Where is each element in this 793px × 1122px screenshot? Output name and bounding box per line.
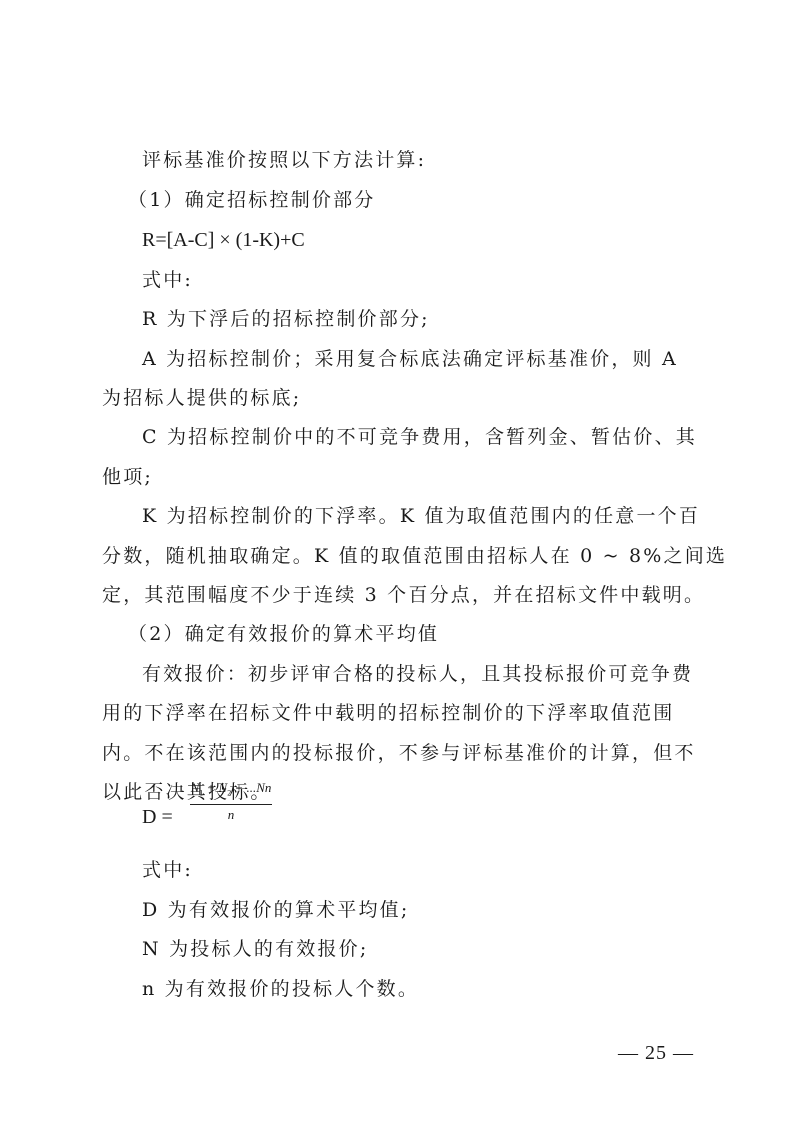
formula-d-fraction: N1 + N2 + ...Nn n — [190, 780, 272, 823]
fraction-denominator: n — [190, 805, 272, 823]
text-line: K 为招标控制价的下浮率。K 值为取值范围内的任意一个百 — [142, 504, 700, 528]
text-line: 式中: — [142, 268, 193, 292]
text-line: 用的下浮率在招标文件中载明的招标控制价的下浮率取值范围 — [102, 701, 674, 725]
text-line: D 为有效报价的算术平均值; — [142, 898, 409, 922]
document-page: 评标基准价按照以下方法计算:（1）确定招标控制价部分R=[A-C] × (1-K… — [0, 0, 793, 1122]
text-line: 为招标人提供的标底; — [102, 386, 301, 410]
text-line: 评标基准价按照以下方法计算: — [142, 148, 426, 172]
text-line: 式中: — [142, 858, 193, 882]
text-line: （1）确定招标控制价部分 — [128, 188, 376, 212]
text-line: （2）确定有效报价的算术平均值 — [128, 622, 439, 646]
formula-r: R=[A-C] × (1-K)+C — [142, 228, 305, 252]
formula-d-lhs: D = — [142, 806, 173, 829]
text-line: 分数，随机抽取确定。K 值的取值范围由招标人在 0 ~ 8%之间选 — [102, 544, 727, 568]
text-line: 内。不在该范围内的投标报价，不参与评标基准价的计算，但不 — [102, 741, 696, 765]
text-line: A 为招标控制价；采用复合标底法确定评标基准价，则 A — [142, 347, 678, 371]
text-line: 定，其范围幅度不少于连续 3 个百分点，并在招标文件中载明。 — [102, 583, 705, 607]
text-line: 有效报价：初步评审合格的投标人，且其投标报价可竞争费 — [142, 662, 693, 686]
page-number: — 25 — — [618, 1042, 694, 1065]
text-line: C 为招标控制价中的不可竞争费用，含暂列金、暂估价、其 — [142, 425, 697, 449]
fraction-numerator: N1 + N2 + ...Nn — [190, 780, 272, 805]
text-line: 他项; — [102, 465, 153, 489]
text-line: R 为下浮后的招标控制价部分; — [142, 307, 430, 331]
text-line: N 为投标人的有效报价; — [142, 937, 368, 961]
text-line: n 为有效报价的投标人个数。 — [142, 977, 419, 1001]
